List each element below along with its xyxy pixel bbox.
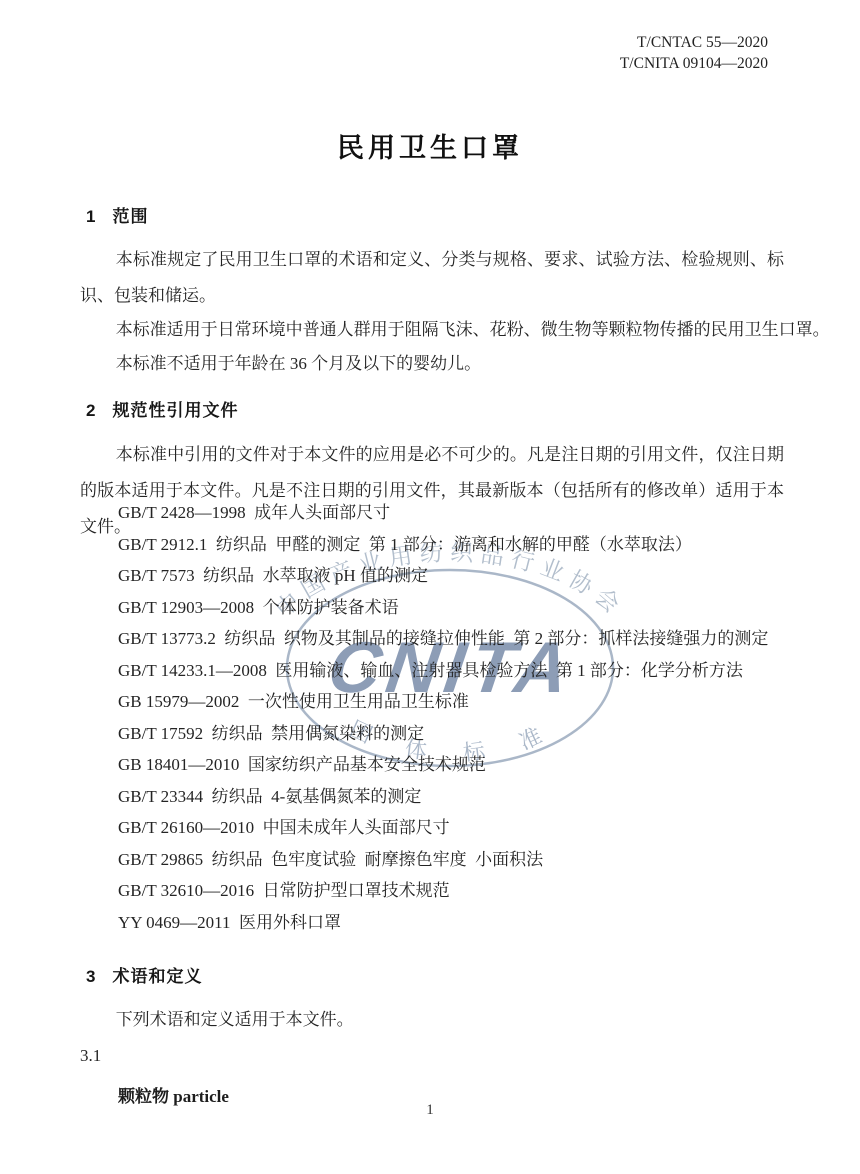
clause-3-1-number: 3.1 [80,1046,101,1066]
section-1-paragraph-3: 本标准不适用于年龄在 36 个月及以下的婴幼儿。 [80,346,784,382]
standard-code-2: T/CNITA 09104—2020 [620,54,768,75]
page-number: 1 [0,1102,860,1119]
section-1-title: 范围 [112,207,148,226]
reference-item: YY 0469—2011 医用外科口罩 [118,907,768,939]
reference-item: GB/T 14233.1—2008 医用输液、输血、注射器具检验方法 第 1 部… [118,655,768,687]
section-3-heading: 3术语和定义 [86,962,202,987]
section-2-number: 2 [86,401,95,421]
document-title: 民用卫生口罩 [0,126,860,165]
reference-item: GB/T 32610—2016 日常防护型口罩技术规范 [118,875,768,907]
reference-item: GB/T 2428—1998 成年人头面部尺寸 [118,497,768,529]
section-1-heading: 1范围 [86,202,148,227]
standard-codes: T/CNTAC 55—2020 T/CNITA 09104—2020 [620,33,768,74]
reference-item: GB/T 13773.2 纺织品 织物及其制品的接缝拉伸性能 第 2 部分：抓样… [118,623,768,655]
reference-item: GB/T 12903—2008 个体防护装备术语 [118,592,768,624]
reference-item: GB/T 7573 纺织品 水萃取液 pH 值的测定 [118,560,768,592]
section-1-number: 1 [86,207,95,227]
document-page: 中国产业用纺织品行业协会 CNITA 团 体 标 准 T/CNTAC 55—20… [0,0,860,1174]
page-content: T/CNTAC 55—2020 T/CNITA 09104—2020 民用卫生口… [0,0,860,1174]
reference-item: GB/T 26160—2010 中国未成年人头面部尺寸 [118,812,768,844]
reference-item: GB/T 17592 纺织品 禁用偶氮染料的测定 [118,718,768,750]
normative-references-list: GB/T 2428—1998 成年人头面部尺寸GB/T 2912.1 纺织品 甲… [118,497,768,938]
section-3-number: 3 [86,967,95,987]
section-1-paragraph-2: 本标准适用于日常环境中普通人群用于阻隔飞沫、花粉、微生物等颗粒物传播的民用卫生口… [80,312,784,348]
reference-item: GB/T 29865 纺织品 色牢度试验 耐摩擦色牢度 小面积法 [118,844,768,876]
section-1-paragraph-1: 本标准规定了民用卫生口罩的术语和定义、分类与规格、要求、试验方法、检验规则、标识… [80,242,784,314]
reference-item: GB 15979—2002 一次性使用卫生用品卫生标准 [118,686,768,718]
section-3-intro: 下列术语和定义适用于本文件。 [80,1002,784,1038]
reference-item: GB 18401—2010 国家纺织产品基本安全技术规范 [118,749,768,781]
standard-code-1: T/CNTAC 55—2020 [620,33,768,54]
reference-item: GB/T 2912.1 纺织品 甲醛的测定 第 1 部分：游离和水解的甲醛（水萃… [118,529,768,561]
section-2-heading: 2规范性引用文件 [86,396,238,421]
reference-item: GB/T 23344 纺织品 4-氨基偶氮苯的测定 [118,781,768,813]
section-3-title: 术语和定义 [112,967,202,986]
section-2-title: 规范性引用文件 [112,401,238,420]
